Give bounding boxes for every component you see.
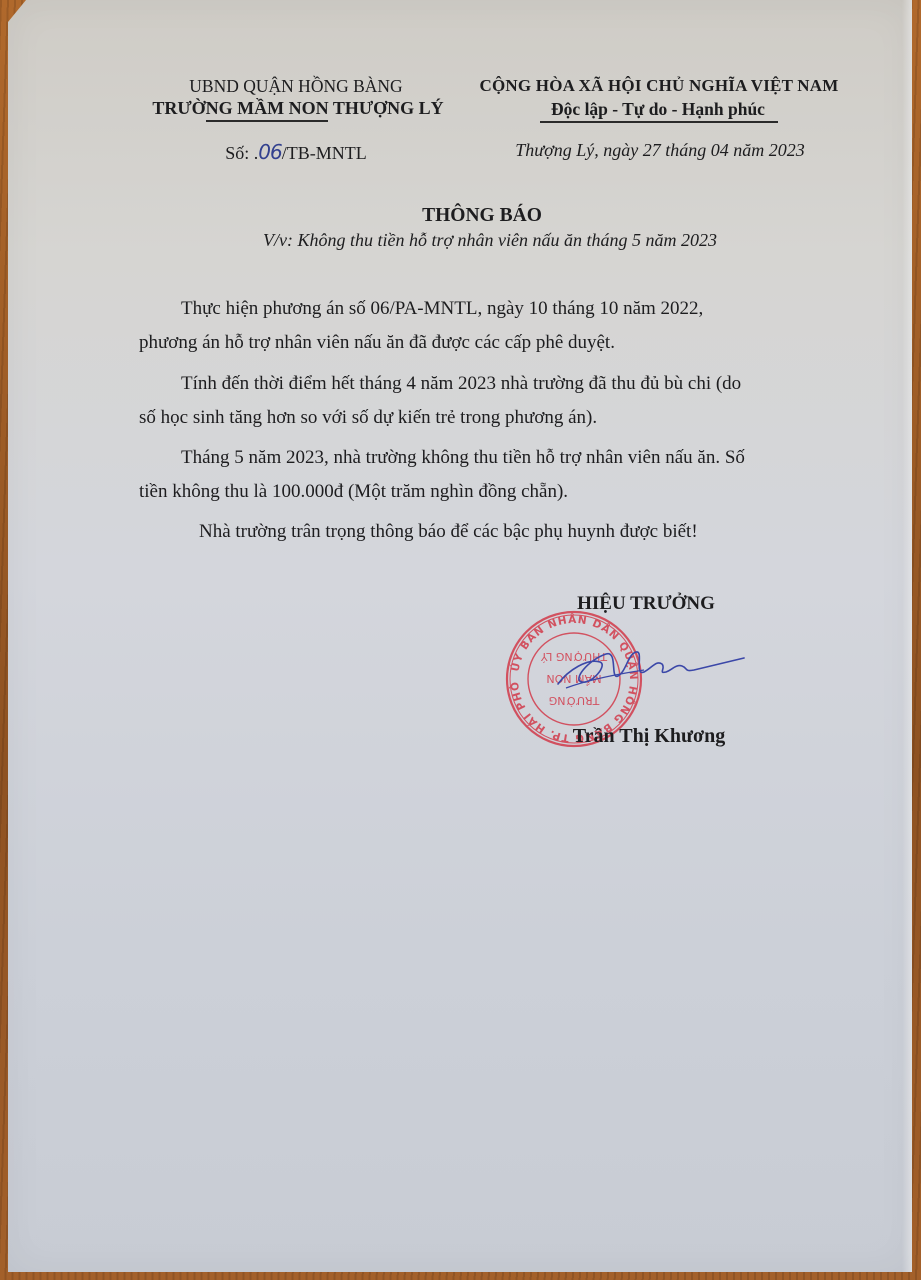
paragraph-1-line-2: phương án hỗ trợ nhân viên nấu ăn đã đượ…	[139, 326, 615, 360]
document-number-prefix: Số: .	[225, 143, 258, 163]
document-number-handwritten: 06	[258, 140, 281, 164]
paragraph-2-line-1: Tính đến thời điểm hết tháng 4 năm 2023 …	[181, 367, 741, 401]
notice-subject: V/v: Không thu tiền hỗ trợ nhân viên nấu…	[263, 230, 717, 251]
document-number-suffix: /TB-MNTL	[282, 143, 367, 163]
signer-name: Trần Thị Khương	[573, 725, 725, 748]
paragraph-2-line-2: số học sinh tăng hơn so với số dự kiến t…	[139, 401, 597, 435]
notice-title: THÔNG BÁO	[422, 205, 542, 227]
place-and-date: Thượng Lý, ngày 27 tháng 04 năm 2023	[515, 140, 804, 161]
school-name: TRƯỜNG MẦM NON THƯỢNG LÝ	[152, 98, 443, 119]
paragraph-3-line-2: tiền không thu là 100.000đ (Một trăm ngh…	[139, 475, 568, 509]
header-right-underline	[540, 121, 778, 123]
header-left-underline	[206, 120, 328, 122]
paragraph-1-line-1: Thực hiện phương án số 06/PA-MNTL, ngày …	[181, 292, 703, 326]
paragraph-3-line-1: Tháng 5 năm 2023, nhà trường không thu t…	[181, 441, 745, 475]
national-motto: Độc lập - Tự do - Hạnh phúc	[551, 99, 765, 120]
paper-edge	[902, 0, 912, 1272]
paragraph-4-line-1: Nhà trường trân trọng thông báo để các b…	[199, 515, 698, 549]
issuing-authority: UBND QUẬN HỒNG BÀNG	[189, 76, 402, 97]
handwritten-signature-icon	[548, 640, 748, 700]
national-title: CỘNG HÒA XÃ HỘI CHỦ NGHĨA VIỆT NAM	[480, 76, 839, 96]
document-number: Số: .06/TB-MNTL	[225, 140, 366, 164]
document-page	[8, 0, 912, 1272]
